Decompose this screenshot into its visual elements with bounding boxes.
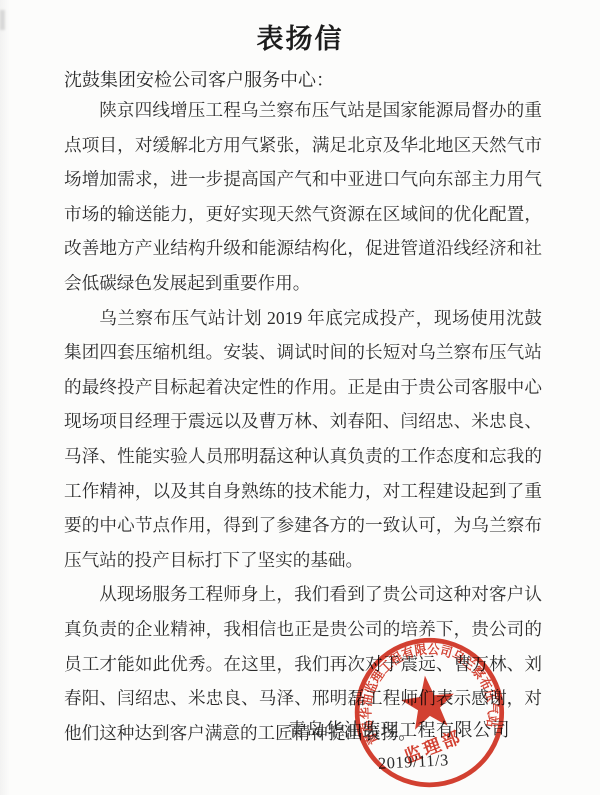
scan-edge-shade [0,0,10,795]
paragraph-2: 乌兰察布压气站计划 2019 年底完成投产，现场使用沈鼓集团四套压缩机组。安装、… [64,301,542,578]
seal-star-icon [399,672,458,731]
paragraph-1: 陕京四线增压工程乌兰察布压气站是国家能源局督办的重点项目，对缓解北方用气紧张，满… [64,93,542,301]
company-seal: 青岛华油监理工程有限公司乌兰察布压气站 监理部 [341,624,519,795]
salutation: 沈鼓集团安检公司客户服务中心： [64,67,544,93]
scan-artifact [0,10,5,30]
letter-page: 表扬信 沈鼓集团安检公司客户服务中心： 陕京四线增压工程乌兰察布压气站是国家能源… [0,0,600,795]
seal-inner-text: 监理部 [401,727,465,767]
letter-title: 表扬信 [0,0,600,54]
